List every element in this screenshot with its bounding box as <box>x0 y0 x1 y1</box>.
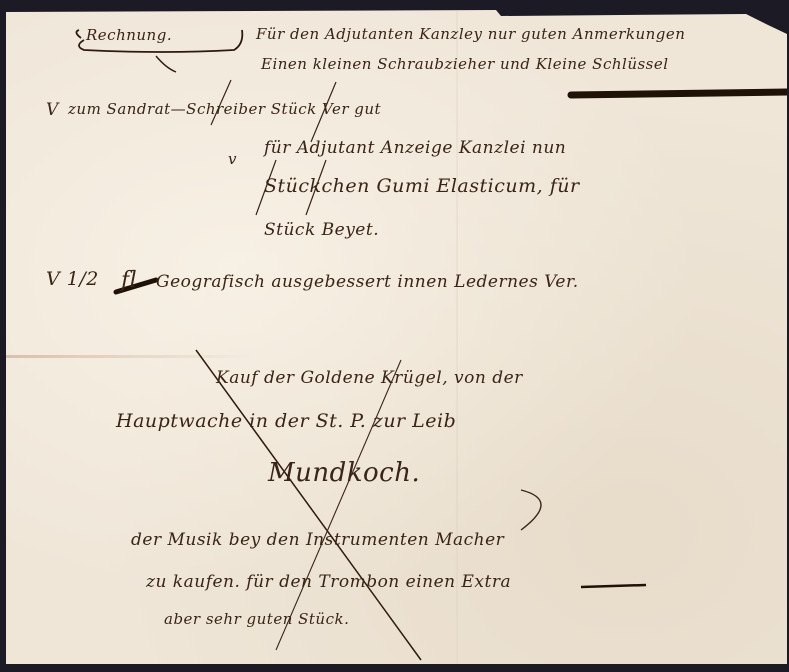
manuscript-sheet: Rechnung. Für den Adjutanten Kanzley nur… <box>6 10 787 664</box>
struck-currency: fl <box>121 268 137 293</box>
line-2: Einen kleinen Schraubzieher und Kleine S… <box>261 55 669 73</box>
margin-mark-2: v <box>228 150 237 168</box>
document-heading: Rechnung. <box>86 26 172 44</box>
line-9: Hauptwache in der St. P. zur Leib <box>116 410 456 432</box>
margin-mark-1: V <box>46 100 59 120</box>
line-6: Stück Beyet. <box>264 220 379 240</box>
line-8: Kauf der Goldene Krügel, von der <box>216 368 523 388</box>
line-7: Geografisch ausgebessert innen Ledernes … <box>156 272 579 292</box>
margin-mark-3: V 1/2 <box>46 268 99 290</box>
line-13: aber sehr guten Stück. <box>164 610 349 628</box>
line-5: Stückchen Gumi Elasticum, für <box>264 175 580 197</box>
line-4: für Adjutant Anzeige Kanzlei nun <box>264 138 566 158</box>
line-3: zum Sandrat—Schreiber Stück Ver gut <box>68 100 381 118</box>
line-11: der Musik bey den Instrumenten Macher <box>131 530 504 550</box>
line-1: Für den Adjutanten Kanzley nur guten Anm… <box>256 25 685 43</box>
line-12: zu kaufen. für den Trombon einen Extra <box>146 572 511 592</box>
line-10: Mundkoch. <box>268 458 420 488</box>
